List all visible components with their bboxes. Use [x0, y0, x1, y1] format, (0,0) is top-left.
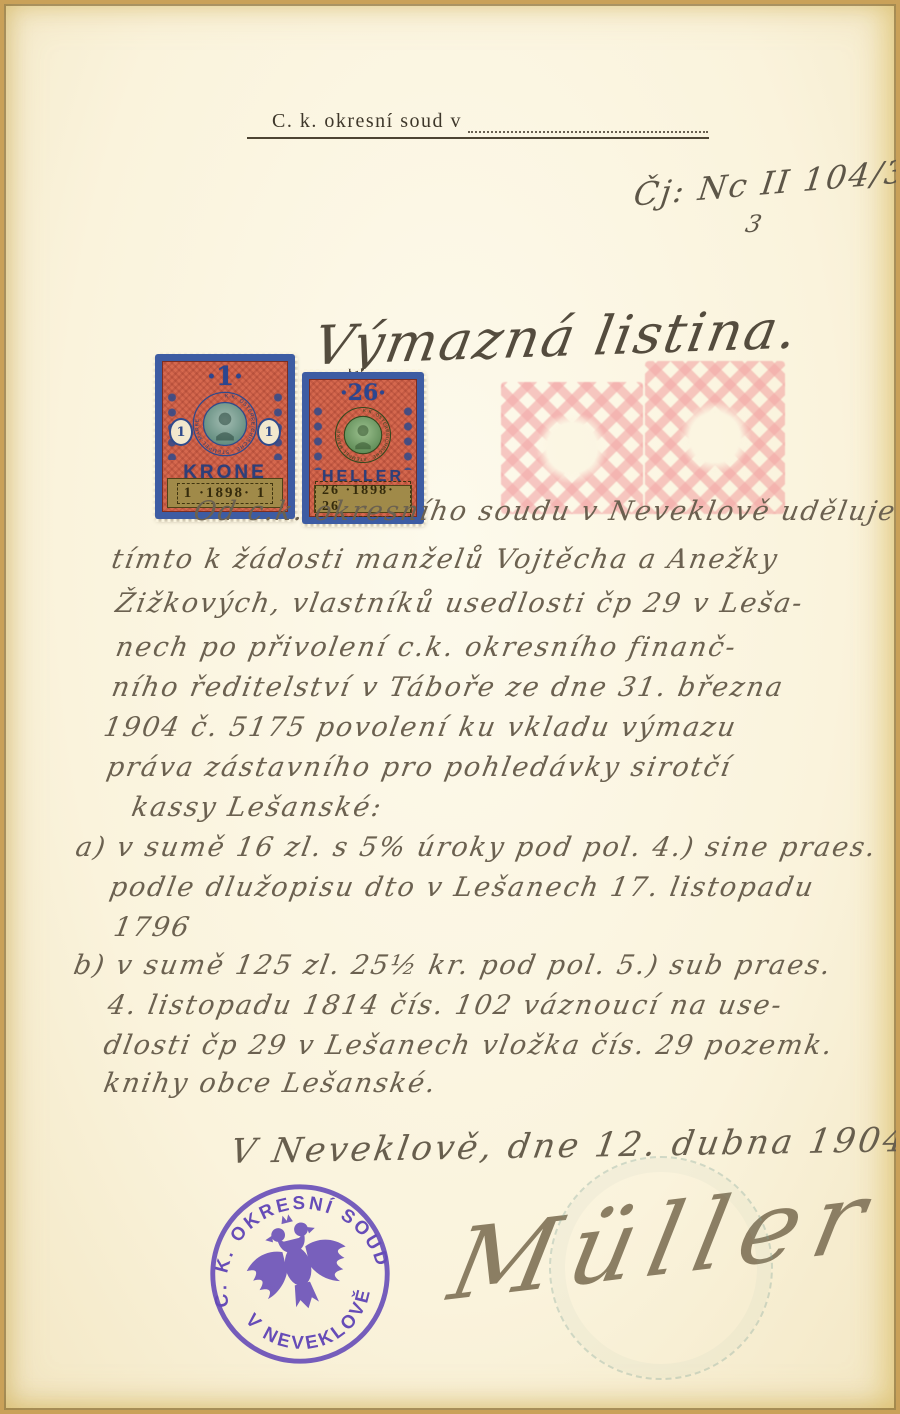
body-line: ního ředitelství v Táboře ze dne 31. bře… — [109, 672, 786, 703]
body-line: knihy obce Lešanské. — [101, 1068, 439, 1099]
body-line-item-b: b) v sumě 125 zl. 25½ kr. pod pol. 5.) s… — [71, 950, 834, 981]
body-line-item-a: a) v sumě 16 zl. s 5% úroky pod pol. 4.)… — [73, 832, 879, 863]
body-line: dlosti čp 29 v Lešanech vložka čís. 29 p… — [101, 1030, 836, 1061]
document-page: C. k. okresní soud v Čj: Nc II 104/3 3 V… — [0, 0, 900, 1414]
emperor-portrait-medallion-icon: K·K· ÖSTERREICHISCHE · STEMPEL·MARKE · — [330, 402, 396, 468]
body-line: práva zástavního pro pohledávky sirotčí — [104, 752, 734, 783]
court-seal-stamp: C. K. OKRESNÍ SOUD V NEVEKLOVĚ — [181, 1155, 419, 1393]
stamp-1-body: ·1· K·K· ÖSTERREICHISCHE · STEMPEL·MARKE… — [162, 361, 288, 512]
court-seal-svg: C. K. OKRESNÍ SOUD V NEVEKLOVĚ — [181, 1155, 419, 1393]
body-line: 1796 — [111, 912, 193, 943]
embossed-seal — [549, 1156, 773, 1380]
floral-ornament-icon — [401, 404, 415, 470]
body-line: 4. listopadu 1814 čís. 102 váznoucí na u… — [105, 990, 785, 1021]
place-date-line: V Neveklově, dne 12. dubna 1904 — [228, 1120, 900, 1172]
header-dotted-fill-line — [468, 114, 708, 133]
cancellation-mark-icon — [501, 382, 643, 514]
cancellation-mark-icon — [645, 361, 785, 514]
printed-header: C. k. okresní soud v — [272, 110, 708, 133]
emperor-portrait-medallion-icon: K·K· ÖSTERREICHISCHE · STEMPEL·MARKE · — [187, 386, 263, 462]
stamp-1-side-value-right: 1 — [257, 418, 281, 446]
floral-ornament-icon — [311, 404, 325, 470]
body-line: podle dlužopisu dto v Lešanech 17. listo… — [107, 872, 817, 903]
body-line: nech po přivolení c.k. okresního finanč- — [113, 632, 739, 663]
revenue-stamp-1-krone: ·1· K·K· ÖSTERREICHISCHE · STEMPEL·MARKE… — [155, 354, 295, 519]
body-line: kassy Lešanské: — [129, 792, 385, 823]
body-line: Žižkových, vlastníků usedlosti čp 29 v L… — [113, 588, 806, 619]
stamp-1-side-value-left: 1 — [169, 418, 193, 446]
case-reference-sub: 3 — [743, 210, 764, 238]
body-line: 1904 č. 5175 povolení ku vkladu výmazu — [101, 712, 739, 743]
court-header-label: C. k. okresní soud v — [272, 110, 462, 133]
body-line: tímto k žádosti manželů Vojtěcha a Anežk… — [109, 544, 781, 575]
body-line: Od c.k. okresního soudu v Neveklově uděl… — [191, 496, 900, 527]
header-rule — [247, 137, 709, 139]
case-reference: Čj: Nc II 104/3 — [632, 152, 900, 213]
